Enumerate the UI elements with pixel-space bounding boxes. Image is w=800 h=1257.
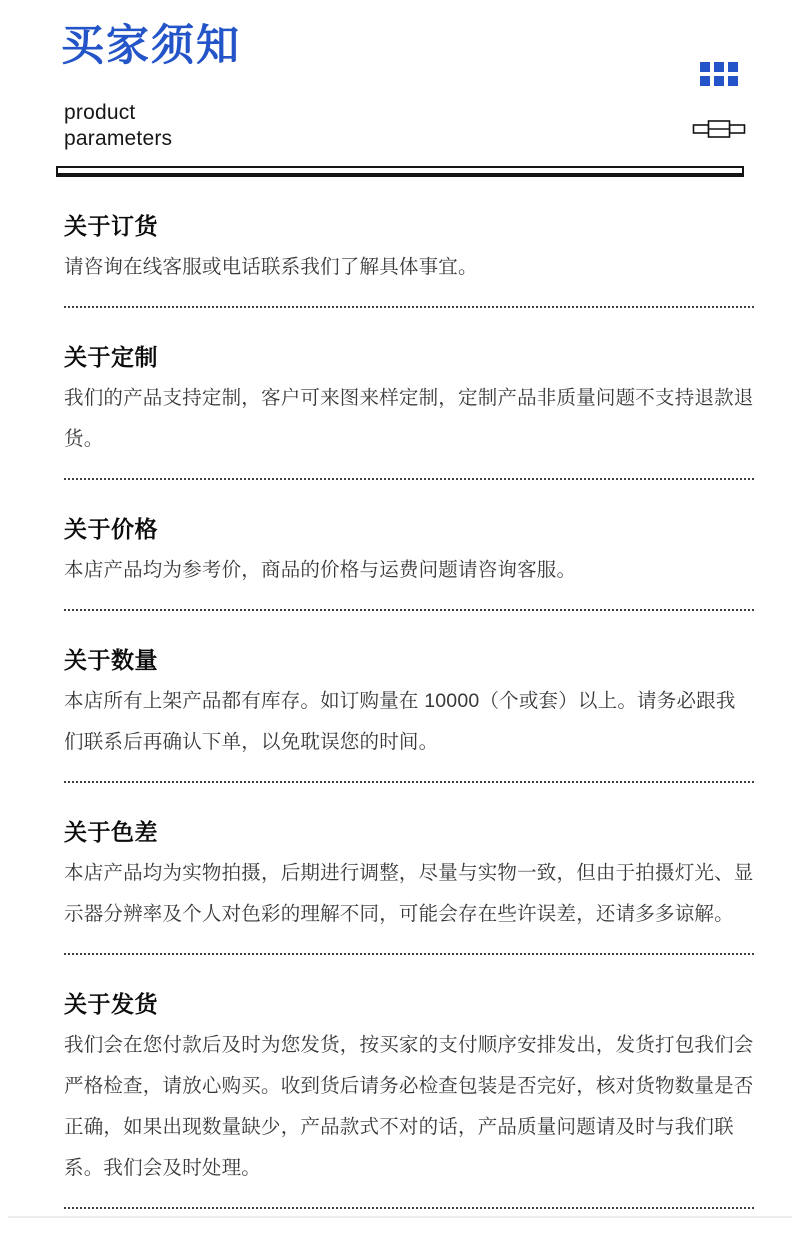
dotted-divider xyxy=(64,781,754,783)
section-body: 本店所有上架产品都有库存。如订购量在 10000（个或套）以上。请务必跟我们联系… xyxy=(64,681,754,763)
section-body: 我们会在您付款后及时为您发货，按买家的支付顺序安排发出，发货打包我们会严格检查，… xyxy=(64,1025,754,1189)
section-heading: 关于价格 xyxy=(64,514,754,544)
notice-section: 关于色差 本店产品均为实物拍摄，后期进行调整，尽量与实物一致，但由于拍摄灯光、显… xyxy=(64,817,754,955)
notice-section: 关于价格 本店产品均为参考价，商品的价格与运费问题请咨询客服。 xyxy=(64,514,754,611)
section-body: 本店产品均为参考价，商品的价格与运费问题请咨询客服。 xyxy=(64,550,754,591)
buyer-notice-page: 买家须知 product parameters 关于订货 请咨询在线客服或电话联… xyxy=(0,0,800,1257)
connector-icon xyxy=(692,118,746,140)
page-subtitle: product parameters xyxy=(64,100,172,152)
notice-section: 关于发货 我们会在您付款后及时为您发货，按买家的支付顺序安排发出，发货打包我们会… xyxy=(64,989,754,1209)
page-title: 买家须知 xyxy=(61,22,241,71)
sections-container: 关于订货 请咨询在线客服或电话联系我们了解具体事宜。 关于定制 我们的产品支持定… xyxy=(64,177,754,1209)
dotted-divider xyxy=(64,478,754,480)
header-divider-bar xyxy=(56,166,744,177)
dotted-divider xyxy=(64,1207,754,1209)
section-heading: 关于订货 xyxy=(64,211,754,241)
section-heading: 关于发货 xyxy=(64,989,754,1019)
dotted-divider xyxy=(64,953,754,955)
notice-section: 关于数量 本店所有上架产品都有库存。如订购量在 10000（个或套）以上。请务必… xyxy=(64,645,754,783)
notice-section: 关于定制 我们的产品支持定制，客户可来图来样定制，定制产品非质量问题不支持退款退… xyxy=(64,342,754,480)
page-subtitle-line2: parameters xyxy=(64,126,172,152)
dotted-divider xyxy=(64,609,754,611)
dotted-divider xyxy=(64,306,754,308)
bottom-separator-line xyxy=(8,1216,792,1218)
section-body: 我们的产品支持定制，客户可来图来样定制，定制产品非质量问题不支持退款退货。 xyxy=(64,378,754,460)
notice-section: 关于订货 请咨询在线客服或电话联系我们了解具体事宜。 xyxy=(64,211,754,308)
section-heading: 关于数量 xyxy=(64,645,754,675)
section-body: 本店产品均为实物拍摄，后期进行调整，尽量与实物一致，但由于拍摄灯光、显示器分辨率… xyxy=(64,853,754,935)
section-heading: 关于定制 xyxy=(64,342,754,372)
section-heading: 关于色差 xyxy=(64,817,754,847)
page-subtitle-line1: product xyxy=(64,100,172,126)
grid-dots-icon xyxy=(700,62,738,86)
section-body: 请咨询在线客服或电话联系我们了解具体事宜。 xyxy=(64,247,754,288)
